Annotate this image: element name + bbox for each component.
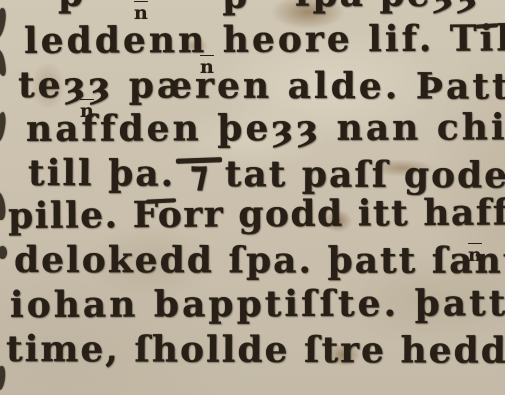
cut-letter-fragment [0, 7, 8, 38]
cut-letter-fragment [0, 246, 7, 259]
cut-letter-fragment [0, 191, 7, 220]
superscript-n-mark: n [468, 244, 482, 266]
cut-letter-fragment [0, 50, 7, 77]
text-line-6: delokedd ſpa. þatt ſant [14, 239, 505, 282]
text-line-1: leddenn heore lif. Till þ [24, 17, 505, 62]
text-line-top-fragment-2: þ [222, 0, 248, 17]
superscript-n-mark: n [134, 2, 148, 24]
text-line-top-fragment-1: þ [58, 0, 83, 15]
superscript-n-mark: n [80, 100, 94, 122]
manuscript-photo: þ þ ſpa þeȝȝ leddenn heore lif. Till þ t… [0, 0, 505, 395]
cut-letter-fragment [0, 112, 7, 143]
text-line-5: pille. Forr godd itt haff- [8, 191, 505, 237]
text-line-7: iohan bapptiſſte. þatt [10, 282, 505, 326]
text-line-8: time, ſhollde ſtre hedd [6, 328, 505, 372]
text-line-4: till þa. ⁊ tat paſſ godeſſ [28, 152, 505, 197]
text-line-top-fragment-3: ſpa þeȝȝ [295, 0, 479, 15]
superscript-n-mark: n [200, 56, 214, 78]
text-line-3: naffden þeȝȝ nan child [26, 106, 505, 150]
